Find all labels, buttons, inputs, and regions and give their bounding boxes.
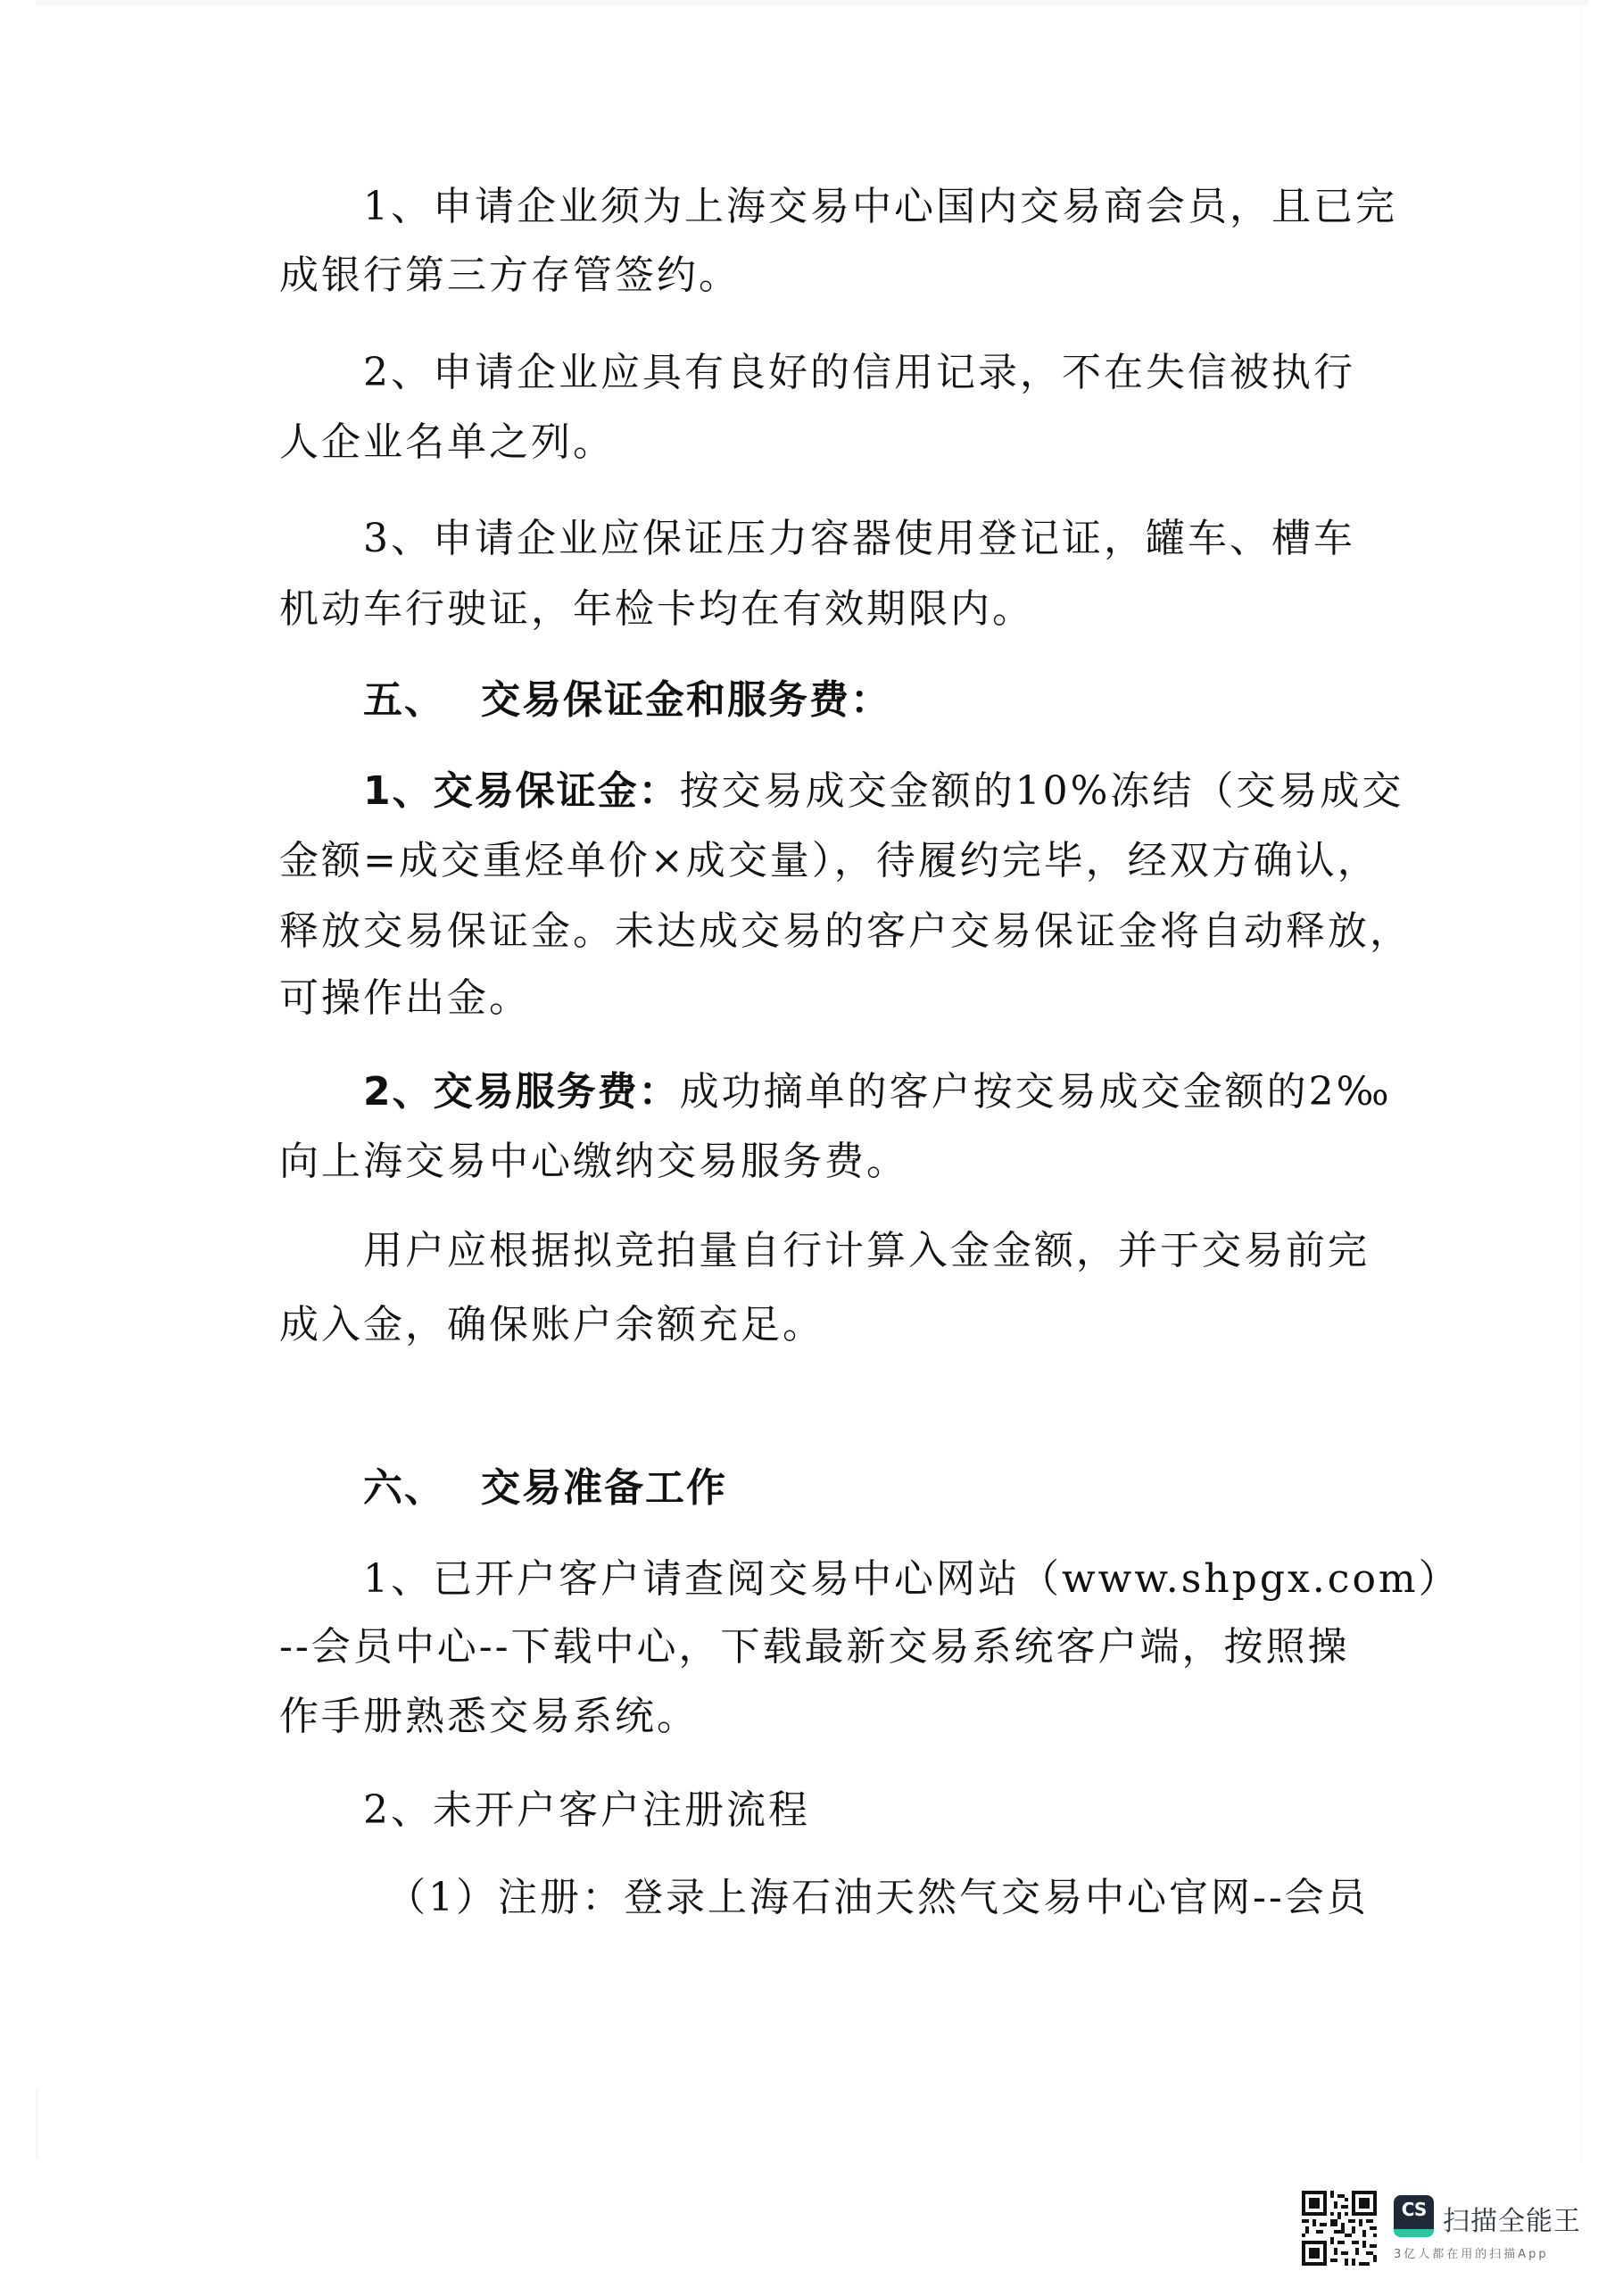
- deposit-line-3: 释放交易保证金。未达成交易的客户交易保证金将自动释放，: [279, 905, 1412, 958]
- funding-note-line-1: 用户应根据拟竞拍量自行计算入金金额，并于交易前完: [363, 1224, 1370, 1278]
- requirement-1-line-2: 成银行第三方存管签约。: [279, 249, 741, 303]
- new-client-heading: 2、未开户客户注册流程: [363, 1784, 810, 1837]
- service-fee-text: 成功摘单的客户按交易成交金额的2‰: [680, 1069, 1392, 1115]
- registration-step-1: （1）注册：登录上海石油天然气交易中心官网--会员: [386, 1871, 1369, 1925]
- deposit-line-4: 可操作出金。: [279, 972, 531, 1025]
- deposit-line-1: 1、交易保证金：按交易成交金额的10%冻结（交易成交: [363, 765, 1404, 818]
- requirement-3-line-1: 3、申请企业应保证压力容器使用登记证，罐车、槽车: [363, 512, 1355, 566]
- camscanner-logo-icon: CS: [1394, 2195, 1434, 2237]
- section-5-heading: 五、交易保证金和服务费：: [363, 674, 891, 727]
- funding-note-line-2: 成入金，确保账户余额充足。: [279, 1298, 824, 1352]
- service-fee-label: 2、交易服务费：: [363, 1069, 680, 1115]
- service-fee-line-2: 向上海交易中心缴纳交易服务费。: [279, 1135, 908, 1189]
- qr-code-icon: [1302, 2191, 1377, 2266]
- existing-client-line-2: --会员中心--下载中心，下载最新交易系统客户端，按照操: [279, 1620, 1349, 1674]
- section-5-number: 五、: [363, 677, 445, 723]
- deposit-text: 按交易成交金额的10%冻结（交易成交: [680, 768, 1404, 814]
- camscanner-logo-text: CS: [1394, 2199, 1434, 2220]
- scanned-document-page: 1、申请企业须为上海交易中心国内交易商会员，且已完 成银行第三方存管签约。 2、…: [0, 0, 1623, 2296]
- section-6-number: 六、: [363, 1465, 445, 1511]
- deposit-line-2: 金额=成交重烃单价×成交量），待履约完毕，经双方确认，: [279, 834, 1379, 888]
- requirement-2-line-2: 人企业名单之列。: [279, 416, 615, 469]
- section-6-title: 交易准备工作: [481, 1465, 727, 1511]
- scan-edge-left: [36, 2088, 38, 2159]
- requirement-2-line-1: 2、申请企业应具有良好的信用记录，不在失信被执行: [363, 346, 1355, 400]
- camscanner-watermark: CS 扫描全能王 3亿人都在用的扫描App: [1302, 2191, 1587, 2267]
- scan-edge-right: [1579, 0, 1582, 2159]
- section-5-title: 交易保证金和服务费：: [481, 677, 891, 723]
- existing-client-line-1: 1、已开户客户请查阅交易中心网站（www.shpgx.com）: [363, 1553, 1461, 1606]
- camscanner-app-name: 扫描全能王: [1443, 2199, 1581, 2238]
- requirement-1-line-1: 1、申请企业须为上海交易中心国内交易商会员，且已完: [363, 180, 1397, 234]
- deposit-label: 1、交易保证金：: [363, 768, 680, 814]
- scan-edge-top: [36, 0, 1588, 5]
- service-fee-line-1: 2、交易服务费：成功摘单的客户按交易成交金额的2‰: [363, 1065, 1392, 1119]
- requirement-3-line-2: 机动车行驶证，年检卡均在有效期限内。: [279, 583, 1034, 636]
- existing-client-line-3: 作手册熟悉交易系统。: [279, 1690, 699, 1744]
- camscanner-tagline: 3亿人都在用的扫描App: [1394, 2244, 1549, 2261]
- section-6-heading: 六、交易准备工作: [363, 1462, 727, 1515]
